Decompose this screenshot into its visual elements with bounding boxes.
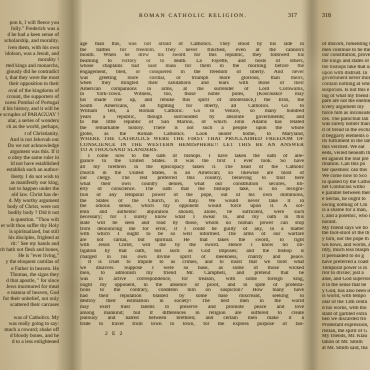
page-number-317: 317 [288, 13, 297, 19]
page-gutter-shadow-left [56, 0, 82, 370]
left-page-text-column: pon it, I will fleece youfolly." Frederi… [0, 20, 59, 345]
running-title: ROMAN CATHOLIC RELIGION. [79, 13, 307, 19]
signature-mark: 2 E 2 [105, 331, 124, 337]
page-317-text-line: trade to travel from town to town, for t… [80, 322, 304, 328]
book-scan: pon it, I will fleece youfolly." Frederi… [0, 0, 370, 370]
left-page-text-line: d to a less enlightened [0, 339, 59, 345]
page-317: ROMAN CATHOLIC RELIGION. 317 age than th… [79, 0, 307, 370]
page-number-318: 318 [322, 13, 331, 19]
page-318-text-line: at Mr. Smith said, tha [322, 346, 370, 352]
page-317-text-column: age than this, was not afraid of Catholi… [80, 42, 304, 327]
left-page-edge: pon it, I will fleece youfolly." Frederi… [0, 0, 62, 370]
page-318-text-column: of discord, fomenting thmen continue to … [322, 42, 370, 352]
page-header: ROMAN CATHOLIC RELIGION. 317 [79, 13, 307, 21]
page-318-edge: 318 of discord, fomenting thmen continue… [318, 0, 370, 370]
